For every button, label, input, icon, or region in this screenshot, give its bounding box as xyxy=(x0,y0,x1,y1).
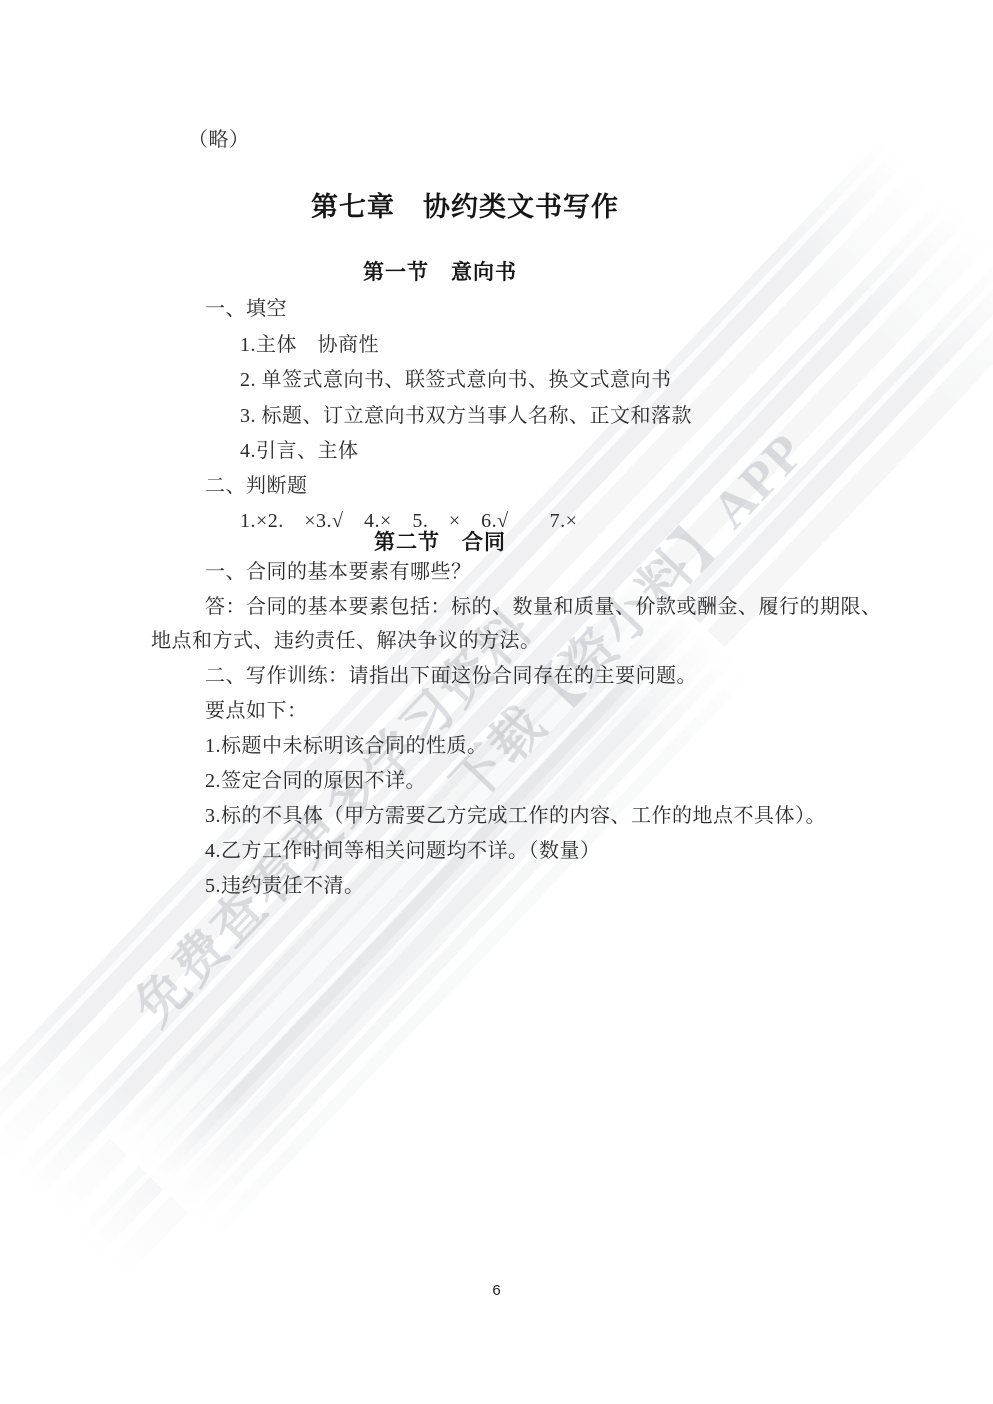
text-line-answer-part-1: 答：合同的基本要素包括：标的、数量和质量、价款或酬金、履行的期限、 xyxy=(205,590,882,624)
text-line-keypoint-2: 2.签定合同的原因不详。 xyxy=(205,764,426,798)
page-number: 6 xyxy=(0,1281,993,1301)
text-line-keypoint-1: 1.标题中未标明该合同的性质。 xyxy=(205,729,488,763)
text-line-keypoints-label: 要点如下： xyxy=(205,694,308,728)
omitted-note: （略） xyxy=(188,123,250,157)
text-line-question-1: 一、合同的基本要素有哪些？ xyxy=(205,555,472,589)
text-line-judge-label: 二、判断题 xyxy=(205,469,308,503)
section-1-heading: 第一节 意向书 xyxy=(0,256,880,290)
text-line-answer-part-2: 地点和方式、违约责任、解决争议的方法。 xyxy=(151,624,541,658)
text-line-keypoint-4: 4.乙方工作时间等相关问题均不详。（数量） xyxy=(205,834,601,868)
text-line-fill-label: 一、填空 xyxy=(205,292,287,326)
text-line-fill-answer-1: 1.主体 协商性 xyxy=(240,328,379,362)
text-line-fill-answer-3: 3. 标题、订立意向书双方当事人名称、正文和落款 xyxy=(240,399,692,433)
chapter-title: 第七章 协约类文书写作 xyxy=(0,185,930,229)
brush-stroke-band xyxy=(0,138,993,1282)
text-line-keypoint-5: 5.违约责任不清。 xyxy=(205,869,365,903)
text-line-fill-answer-2: 2. 单签式意向书、联签式意向书、换文式意向书 xyxy=(240,363,672,397)
text-line-exercise-label: 二、写作训练：请指出下面这份合同存在的主要问题。 xyxy=(205,659,697,693)
text-line-keypoint-3: 3.标的不具体（甲方需要乙方完成工作的内容、工作的地点不具体）。 xyxy=(205,799,826,833)
text-line-fill-answer-4: 4.引言、主体 xyxy=(240,434,359,468)
document-page: 免费查看更多学习资料 下载【资小料】APP （略） 第七章 协约类文书写作 第一… xyxy=(0,0,993,1404)
